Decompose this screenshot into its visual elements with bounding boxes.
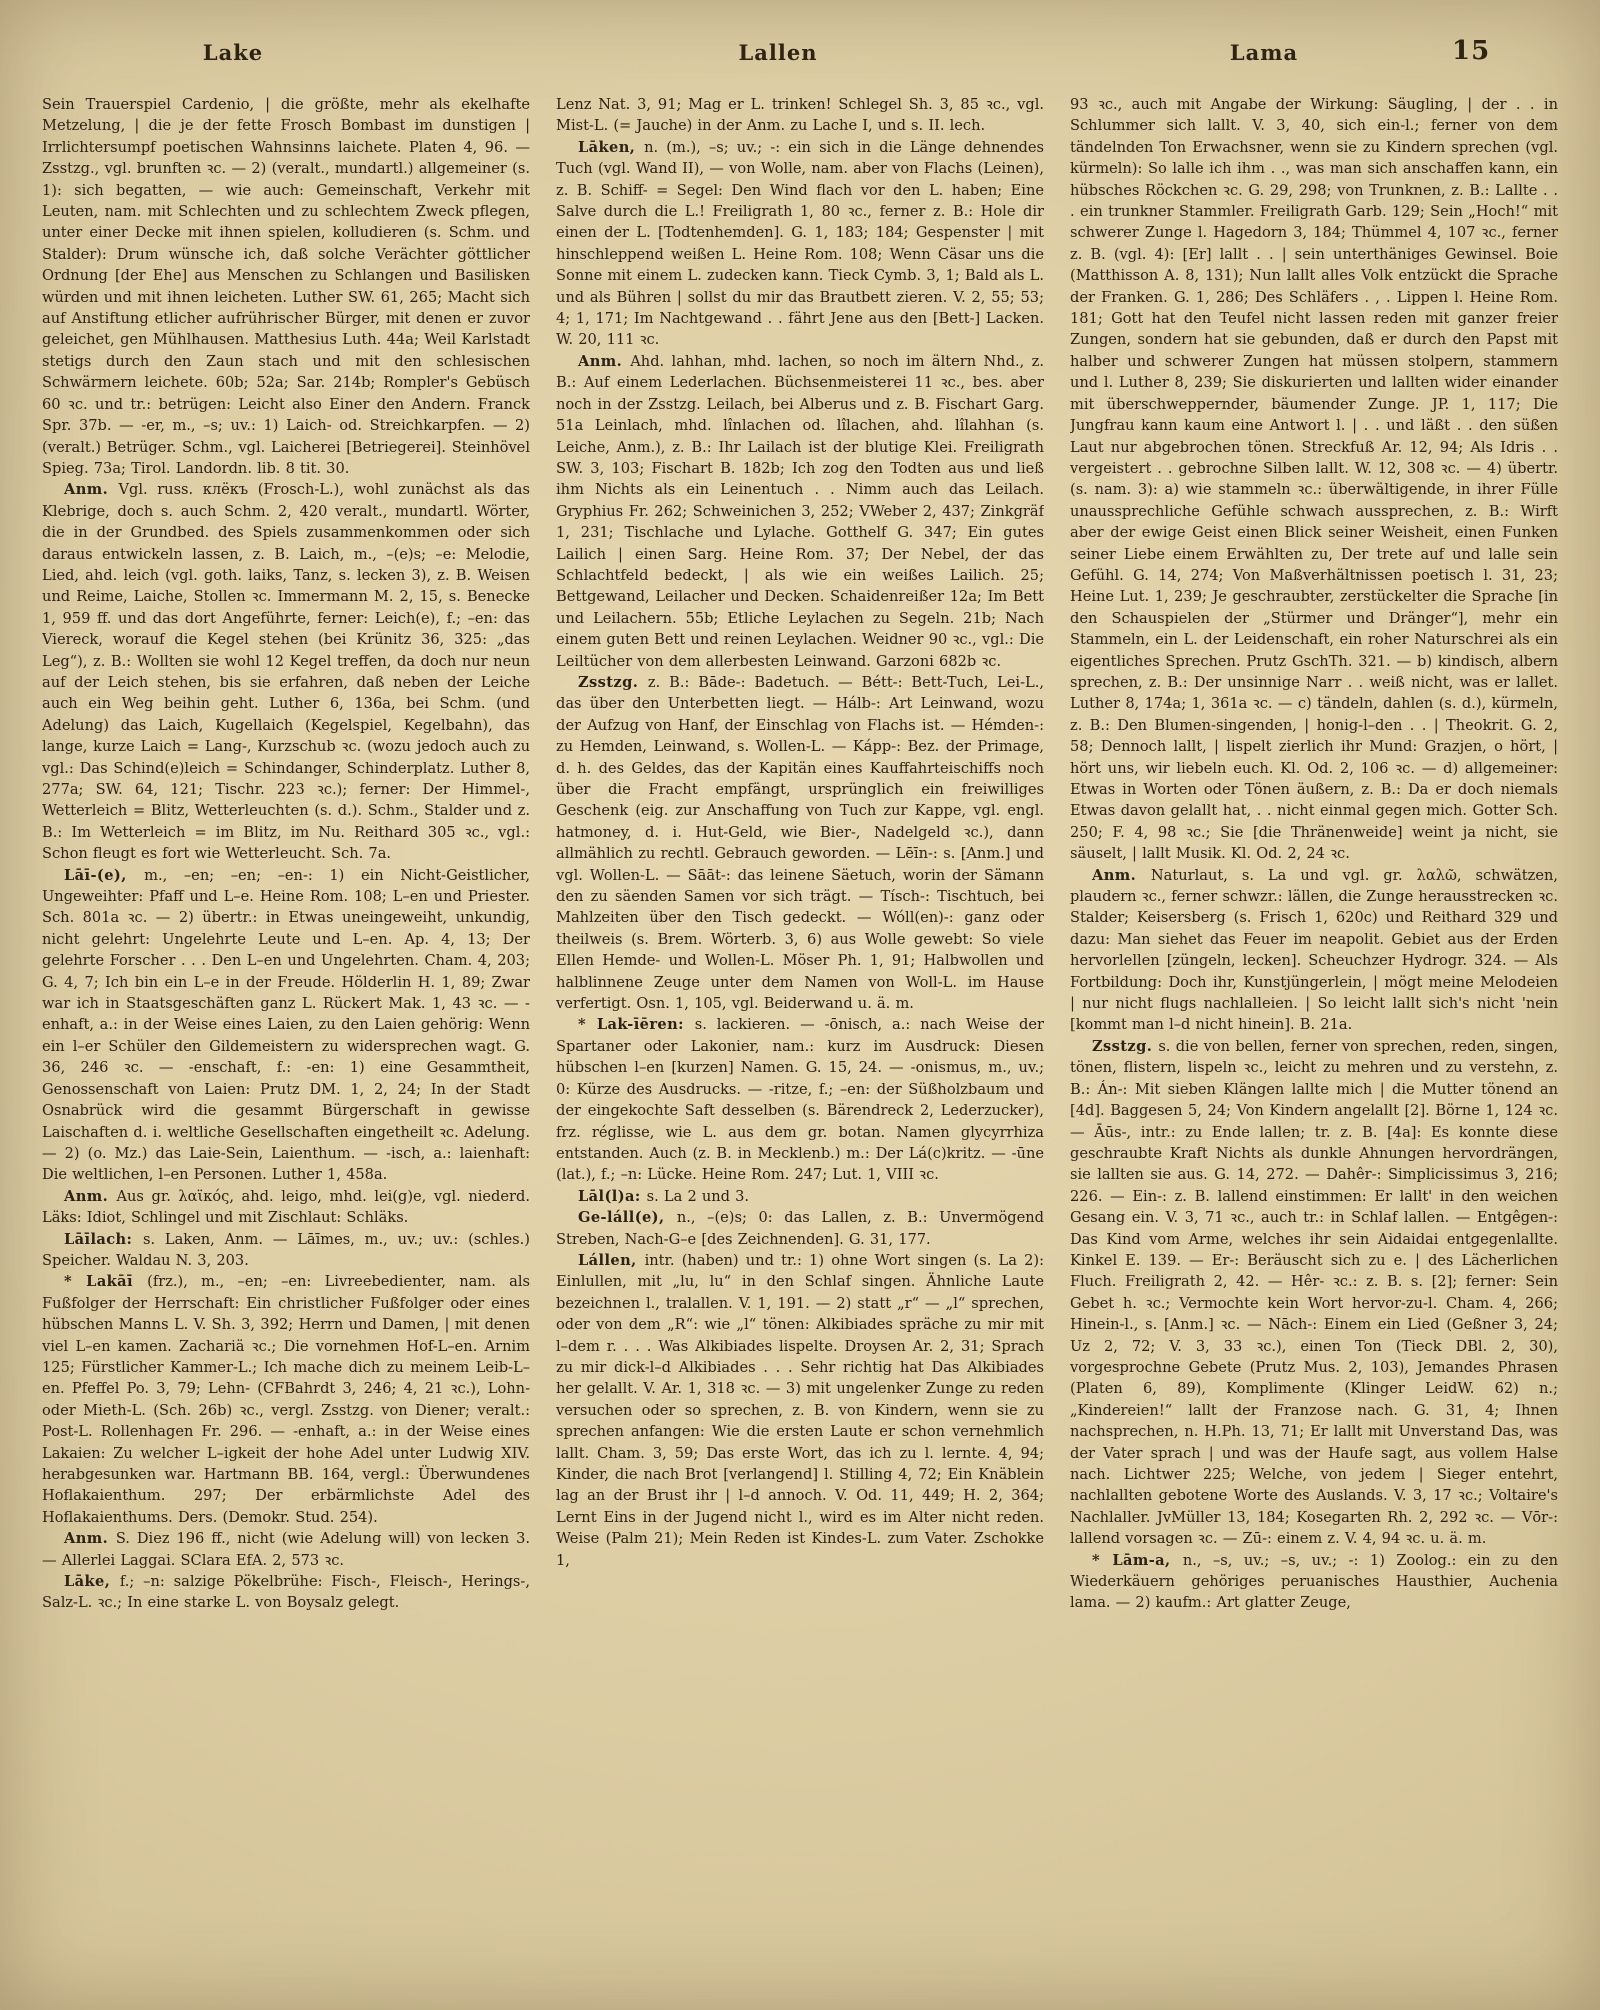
paragraph: * Lām-a, n., –s, uv.; –s, uv.; -: 1) Zoo… <box>1070 1550 1558 1614</box>
entry-headword: Lāl(l)a: <box>578 1188 647 1205</box>
paragraph: 93 ꝛc., auch mit Angabe der Wirkung: Säu… <box>1070 94 1558 865</box>
paragraph: Lāke, f.; –n: salzige Pökelbrühe: Fisch-… <box>42 1571 530 1614</box>
paragraph: Anm. Aus gr. λαϊκός, ahd. leigo, mhd. le… <box>42 1186 530 1229</box>
running-title-center: Lallen <box>739 40 818 65</box>
paragraph: Lāī-(e), m., –en; –en; –en-: 1) ein Nich… <box>42 865 530 1186</box>
paragraph: Anm. Naturlaut, s. La und vgl. gr. λαλῶ,… <box>1070 865 1558 1036</box>
page-number: 15 <box>1452 36 1490 66</box>
text-column-1: Sein Trauerspiel Cardenio, | die größte,… <box>42 94 530 1974</box>
running-title-left: Lake <box>203 40 263 65</box>
dictionary-page: Lake Lallen Lama 15 Sein Trauerspiel Car… <box>0 0 1600 2010</box>
entry-headword: Anm. <box>64 1188 116 1205</box>
paragraph: Zsstzg. z. B.: Bāde-: Badetuch. — Bétt-:… <box>556 672 1044 1015</box>
entry-headword: Ge-láll(e), <box>578 1209 677 1226</box>
paragraph: Lállen, intr. (haben) und tr.: 1) ohne W… <box>556 1250 1044 1571</box>
text-column-2: Lenz Nat. 3, 91; Mag er L. trinken! Schl… <box>556 94 1044 1974</box>
paragraph: Lāken, n. (m.), –s; uv.; -: ein sich in … <box>556 137 1044 351</box>
entry-headword: Lāīlach: <box>64 1231 143 1248</box>
entry-headword: Zsstzg. <box>578 674 648 691</box>
entry-headword: Anm. <box>64 1530 116 1547</box>
paragraph: Zsstzg. s. die von bellen, ferner von sp… <box>1070 1036 1558 1550</box>
entry-headword: Zsstzg. <box>1092 1038 1158 1055</box>
entry-headword: * Lak-īēren: <box>578 1016 695 1033</box>
entry-headword: Anm. <box>578 353 630 370</box>
entry-headword: Anm. <box>1092 867 1151 884</box>
paragraph: Lāl(l)a: s. La 2 und 3. <box>556 1186 1044 1207</box>
text-column-3: 93 ꝛc., auch mit Angabe der Wirkung: Säu… <box>1070 94 1558 1974</box>
paragraph: Lāīlach: s. Laken, Anm. — Lāīmes, m., uv… <box>42 1229 530 1272</box>
paragraph: Lenz Nat. 3, 91; Mag er L. trinken! Schl… <box>556 94 1044 137</box>
paragraph: Anm. Vgl. russ. клёкъ (Frosch-L.), wohl … <box>42 479 530 864</box>
text-columns: Sein Trauerspiel Cardenio, | die größte,… <box>42 94 1558 1974</box>
paragraph: Sein Trauerspiel Cardenio, | die größte,… <box>42 94 530 479</box>
paragraph: * Lakāī (frz.), m., –en; –en: Livreebedi… <box>42 1271 530 1528</box>
entry-headword: Lāken, <box>578 139 644 156</box>
entry-headword: Lāī-(e), <box>64 867 144 884</box>
paragraph: Ge-láll(e), n., –(e)s; 0: das Lallen, z.… <box>556 1207 1044 1250</box>
paragraph: Anm. Ahd. lahhan, mhd. lachen, so noch i… <box>556 351 1044 672</box>
entry-headword: Anm. <box>64 481 118 498</box>
entry-headword: Lállen, <box>578 1252 645 1269</box>
paragraph: Anm. S. Diez 196 ff., nicht (wie Adelung… <box>42 1528 530 1571</box>
entry-headword: Lāke, <box>64 1573 120 1590</box>
running-title-right: Lama <box>1230 40 1298 65</box>
entry-headword: * Lām-a, <box>1092 1552 1183 1569</box>
entry-headword: * Lakāī <box>64 1273 147 1290</box>
running-head: Lake Lallen Lama 15 <box>0 40 1600 80</box>
paragraph: * Lak-īēren: s. lackieren. — -ōnisch, a.… <box>556 1014 1044 1185</box>
